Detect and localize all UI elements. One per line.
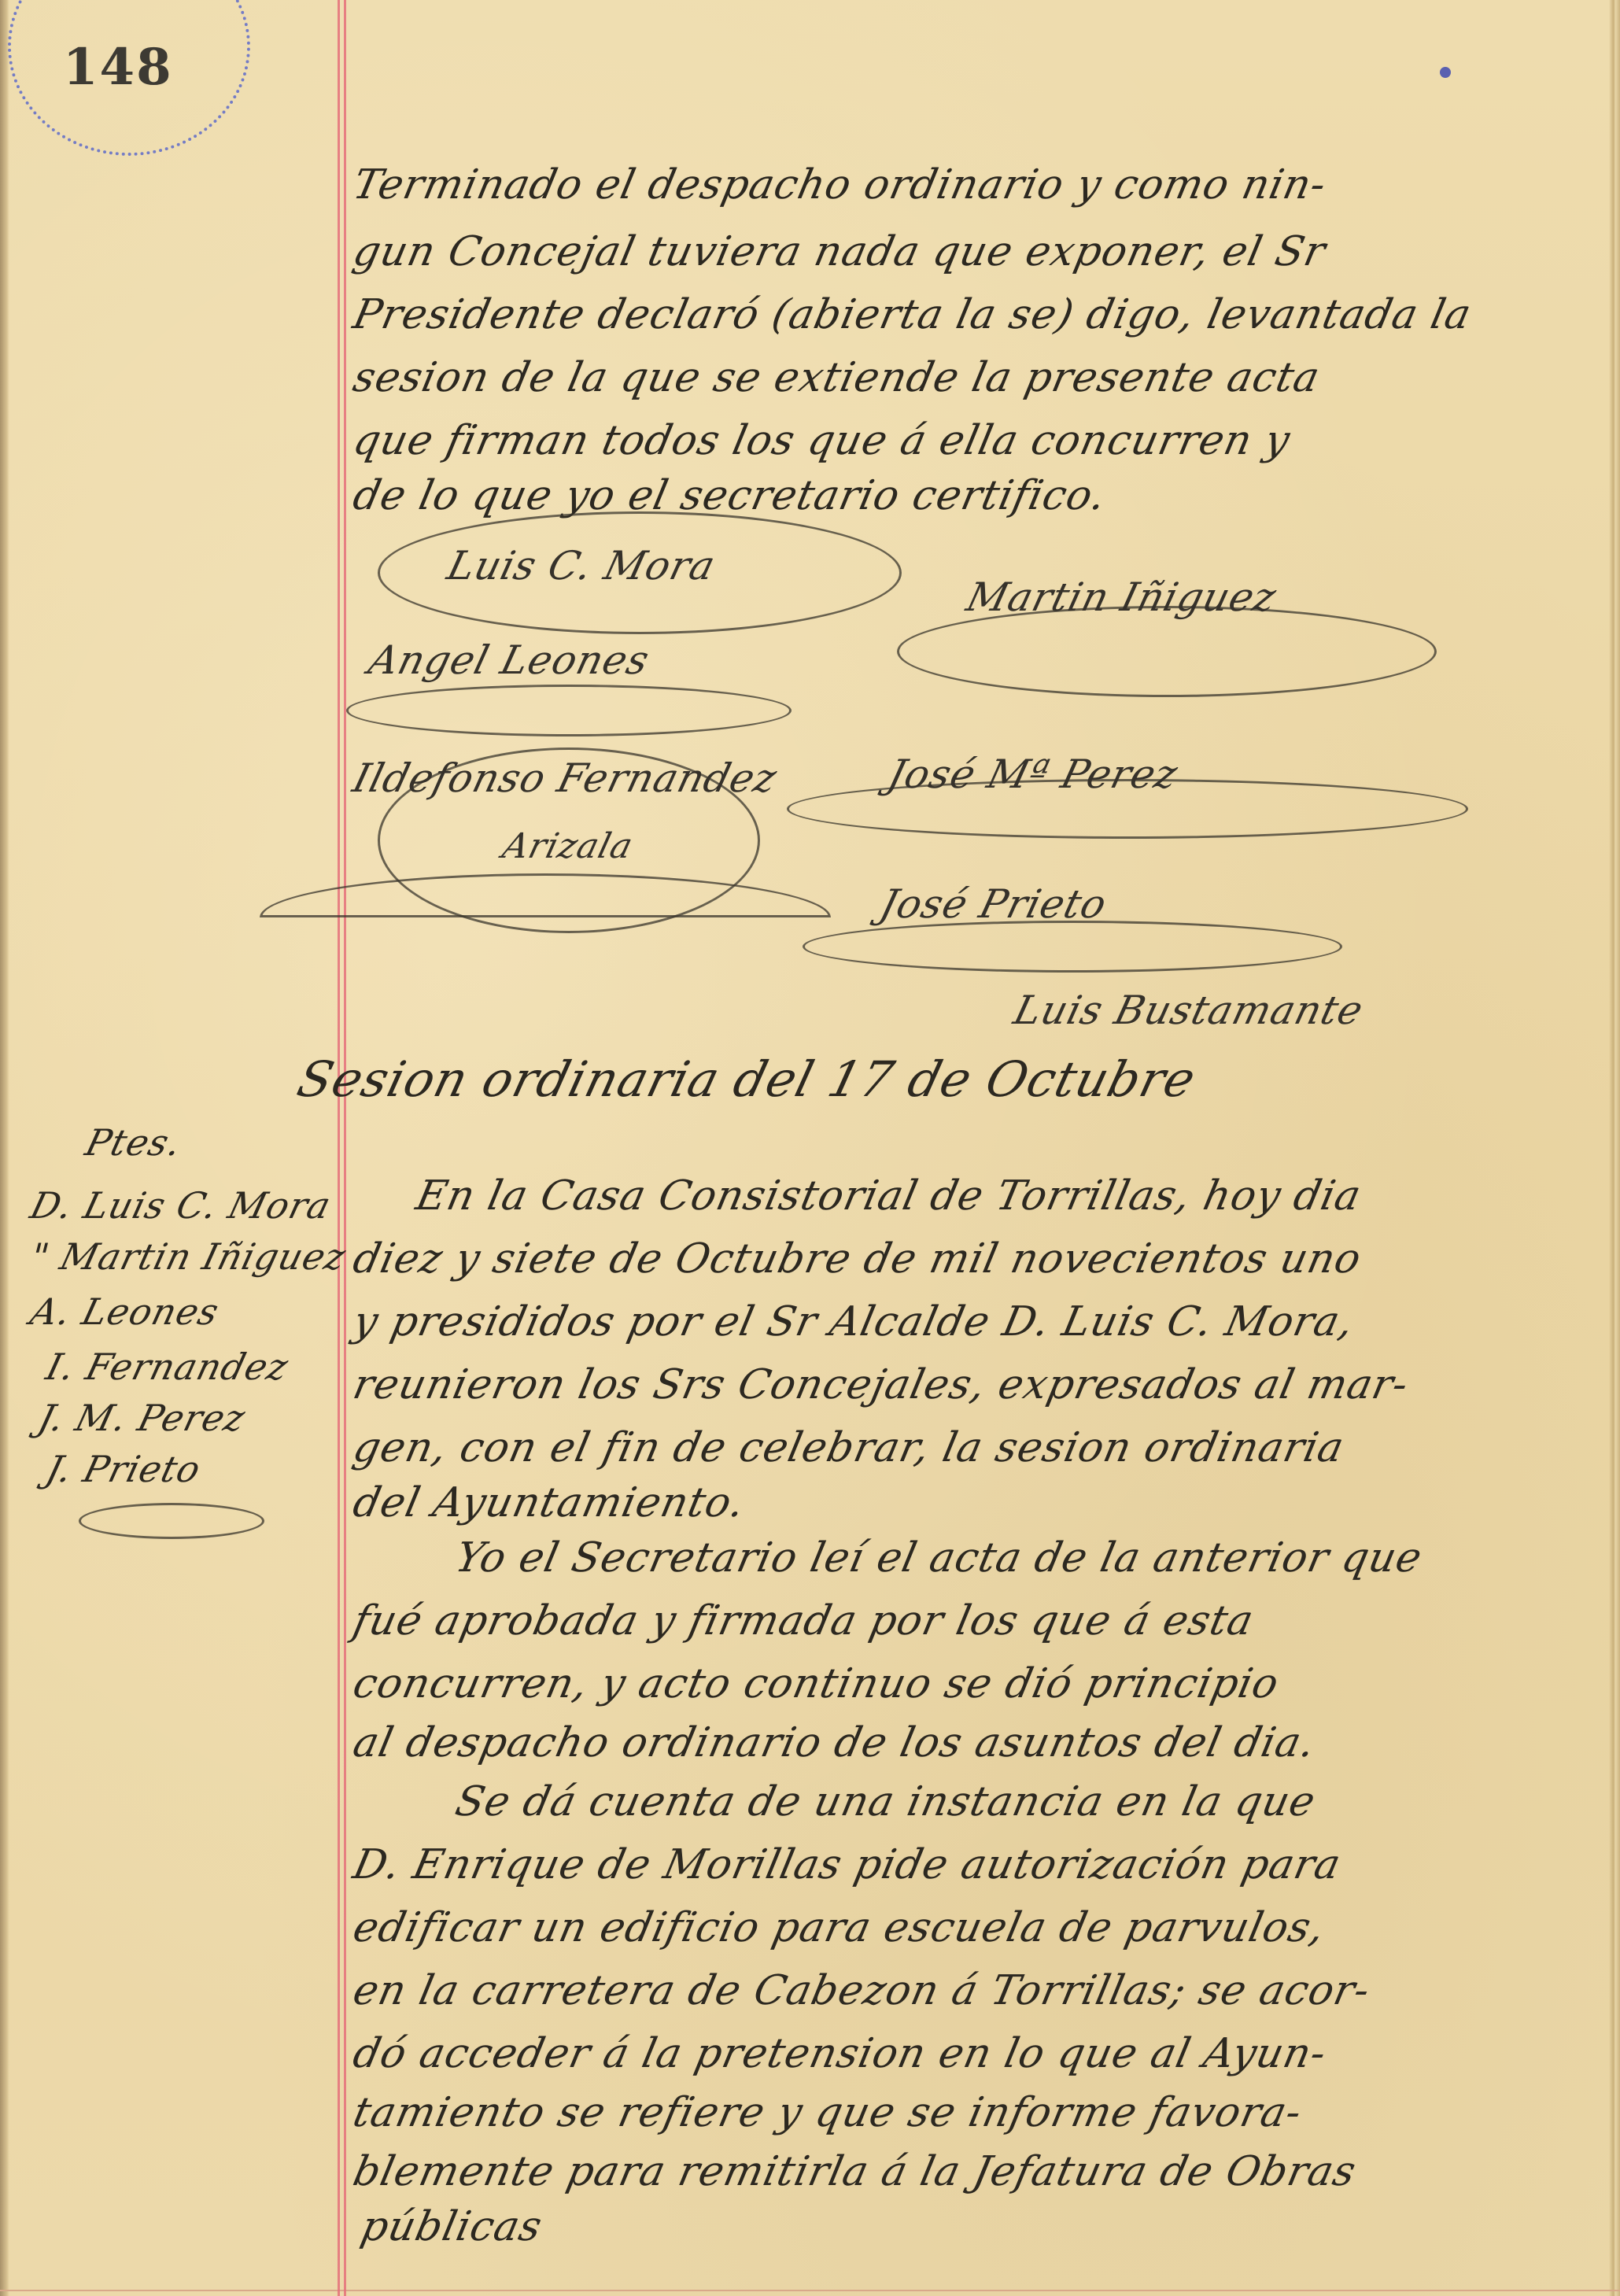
text-line: públicas <box>357 2203 547 2250</box>
signature: Ildefonso Fernandez <box>349 755 782 801</box>
text-line: sesion de la que se extiende la presente… <box>349 354 1324 401</box>
margin-rule <box>344 0 346 2296</box>
attendee-name: D. Luis C. Mora <box>26 1184 335 1227</box>
text-line: fué aprobada y firmada por los que á est… <box>349 1597 1258 1644</box>
binding-edge <box>0 0 9 2296</box>
signature: Arizala <box>499 826 637 866</box>
session-heading: Sesion ordinaria del 17 de Octubre <box>292 1050 1202 1108</box>
text-line: diez y siete de Octubre de mil novecient… <box>349 1235 1366 1283</box>
text-line: de lo que yo el secretario certifico. <box>349 472 1111 519</box>
text-line: en la carretera de Cabezon á Torrillas; … <box>349 1967 1375 2014</box>
signature: Luis C. Mora <box>443 543 721 589</box>
text-line: reunieron los Srs Concejales, expresados… <box>349 1361 1413 1408</box>
text-line: En la Casa Consistorial de Torrillas, ho… <box>412 1172 1366 1220</box>
attendee-name: " Martin Iñiguez <box>26 1235 350 1278</box>
attendee-name: I. Fernandez <box>42 1345 293 1388</box>
signature: Angel Leones <box>364 637 655 683</box>
signature: José Mª Perez <box>884 751 1183 797</box>
document-page: 148 Terminado el despacho ordinario y co… <box>0 0 1620 2296</box>
bottom-rule <box>0 2290 1620 2291</box>
margin-flourish-icon <box>79 1503 264 1539</box>
text-line: Se dá cuenta de una instancia en la que <box>452 1778 1320 1825</box>
attendee-name: J. Prieto <box>42 1448 205 1490</box>
page-edge <box>1609 0 1620 2296</box>
folio-number: 148 <box>63 38 173 97</box>
text-line: dó acceder á la pretension en lo que al … <box>349 2030 1331 2077</box>
text-line: tamiento se refiere y que se informe fav… <box>349 2089 1307 2136</box>
text-line: y presididos por el Sr Alcalde D. Luis C… <box>349 1298 1359 1345</box>
text-line: Presidente declaró (abierta la se) digo,… <box>349 291 1476 338</box>
signature-flourish-icon <box>803 921 1342 973</box>
text-line: blemente para remitirla á la Jefatura de… <box>349 2148 1360 2195</box>
text-line: gun Concejal tuviera nada que exponer, e… <box>349 228 1330 275</box>
attendee-name: A. Leones <box>26 1290 223 1333</box>
text-line: concurren, y acto continuo se dió princi… <box>349 1660 1283 1707</box>
text-line: Terminado el despacho ordinario y como n… <box>349 161 1331 209</box>
text-line: del Ayuntamiento. <box>349 1479 750 1526</box>
ink-blot-icon <box>1440 67 1451 78</box>
text-line: Yo el Secretario leí el acta de la anter… <box>452 1534 1426 1582</box>
signature: Luis Bustamante <box>1009 987 1368 1033</box>
text-line: D. Enrique de Morillas pide autorización… <box>349 1841 1345 1888</box>
margin-title: Ptes. <box>81 1121 186 1164</box>
margin-rule <box>338 0 340 2296</box>
text-line: gen, con el fin de celebrar, la sesion o… <box>349 1424 1349 1471</box>
text-line: edificar un edificio para escuela de par… <box>349 1904 1330 1951</box>
signature: Martin Iñiguez <box>962 574 1282 620</box>
signature-flourish-icon <box>346 685 792 736</box>
attendee-name: J. M. Perez <box>34 1397 249 1439</box>
text-line: al despacho ordinario de los asuntos del… <box>349 1719 1320 1766</box>
text-line: que firman todos los que á ella concurre… <box>349 417 1295 464</box>
